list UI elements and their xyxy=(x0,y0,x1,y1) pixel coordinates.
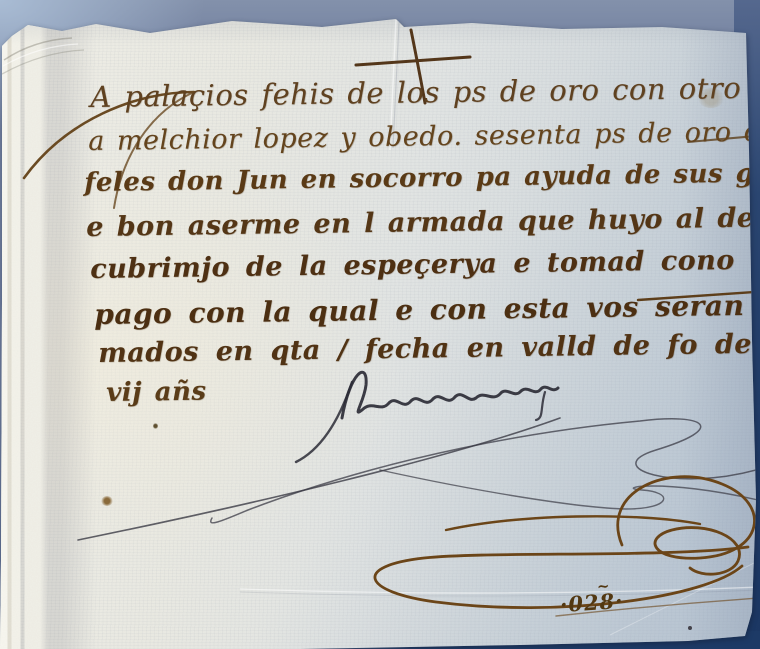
paper-sheet-wrap: A palaçios fehis de los ps de oro con ot… xyxy=(0,0,760,649)
foliation-number: ·028· ~ xyxy=(559,588,624,617)
notary-rubric xyxy=(0,0,760,649)
manuscript-photo: A palaçios fehis de los ps de oro con ot… xyxy=(0,0,760,649)
foliation-text: ·028· xyxy=(559,588,624,617)
manuscript-page: A palaçios fehis de los ps de oro con ot… xyxy=(0,0,760,649)
foliation-tilde-mark: ~ xyxy=(596,577,611,596)
